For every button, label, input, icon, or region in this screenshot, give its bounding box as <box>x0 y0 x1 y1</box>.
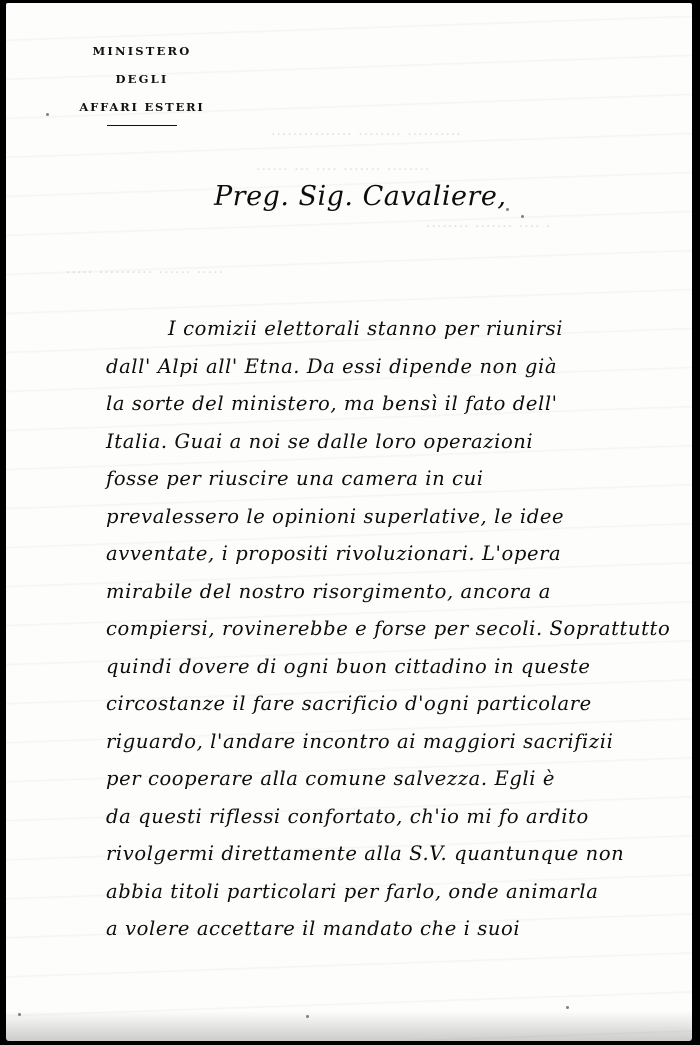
body-line: avventate, i propositi rivoluzionari. L'… <box>106 535 686 573</box>
bleed-through-line: ...... ... .... ....... ........ <box>256 158 430 174</box>
body-line: dall' Alpi all' Etna. Da essi dipende no… <box>106 348 686 386</box>
letter-body: I comizii elettorali stanno per riunirsi… <box>106 310 686 948</box>
ink-speck <box>506 208 509 211</box>
body-line: Italia. Guai a noi se dalle loro operazi… <box>106 423 686 461</box>
bleed-through-line: ..... .......... ...... ..... <box>66 261 224 277</box>
body-line: prevalessero le opinioni superlative, le… <box>106 498 686 536</box>
body-line: la sorte del ministero, ma bensì il fato… <box>106 385 686 423</box>
bleed-through-line: ............... ........ .......... <box>271 123 462 139</box>
body-line: mirabile del nostro risorgimento, ancora… <box>106 573 686 611</box>
letterhead-line-3: AFFARI ESTERI <box>52 93 232 121</box>
letterhead: MINISTERO DEGLI AFFARI ESTERI <box>52 37 232 126</box>
ink-speck <box>46 113 49 116</box>
body-line: compiersi, rovinerebbe e forse per secol… <box>106 610 686 648</box>
letterhead-line-2: DEGLI <box>52 65 232 93</box>
body-line: I comizii elettorali stanno per riunirsi <box>106 310 686 348</box>
body-line: a volere accettare il mandato che i suoi <box>106 910 686 948</box>
bleed-through-line: ........ ....... .... . <box>426 215 551 231</box>
ink-speck <box>18 1013 21 1016</box>
letter-page: MINISTERO DEGLI AFFARI ESTERI ..........… <box>6 3 692 1041</box>
ink-speck <box>306 1015 309 1018</box>
salutation: Preg. Sig. Cavaliere, <box>214 181 506 212</box>
body-line: da questi riflessi confortato, ch'io mi … <box>106 798 686 836</box>
body-line: circostanze il fare sacrificio d'ogni pa… <box>106 685 686 723</box>
body-line: rivolgermi direttamente alla S.V. quantu… <box>106 835 686 873</box>
body-line: per cooperare alla comune salvezza. Egli… <box>106 760 686 798</box>
letterhead-line-1: MINISTERO <box>52 37 232 65</box>
body-line: riguardo, l'andare incontro ai maggiori … <box>106 723 686 761</box>
body-line: abbia titoli particolari per farlo, onde… <box>106 873 686 911</box>
ink-speck <box>521 215 524 218</box>
letterhead-rule <box>107 125 177 126</box>
ink-speck <box>566 1006 569 1009</box>
body-line: fosse per riuscire una camera in cui <box>106 460 686 498</box>
body-line: quindi dovere di ogni buon cittadino in … <box>106 648 686 686</box>
